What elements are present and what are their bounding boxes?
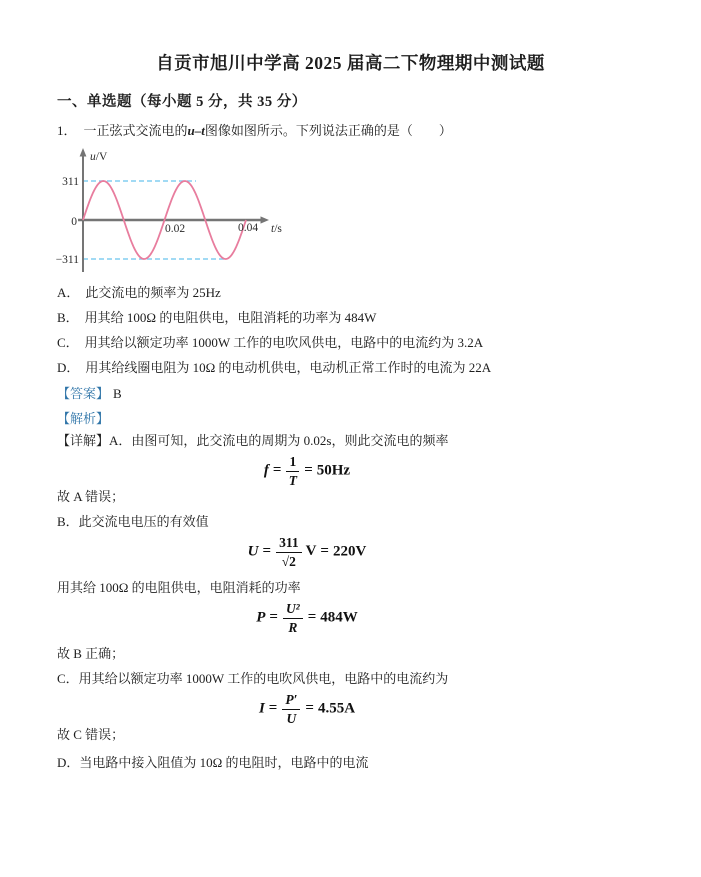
- detail-step-a: 【详解】A．由图可知，此交流电的周期为 0.02s，则此交流电的频率: [57, 433, 644, 449]
- option-d-label: D．: [57, 360, 79, 375]
- question-text-before: 一正弦式交流电的: [84, 123, 188, 138]
- formula-power: P=U²R=484W: [57, 602, 557, 634]
- exam-document-page: 自贡市旭川中学高 2025 届高二下物理期中测试题 一、单选题（每小题 5 分，…: [0, 0, 701, 877]
- formula-rms-voltage: U=311√2V=220V: [57, 536, 557, 568]
- detail-step-c: C．用其给以额定功率 1000W 工作的电吹风供电，电路中的电流约为: [57, 671, 644, 687]
- analysis-tag: 【解析】: [57, 411, 109, 426]
- x-tick-0-02: 0.02: [165, 223, 185, 235]
- option-list: A．此交流电的频率为 25Hz B．用其给 100Ω 的电阻供电，电阻消耗的功率…: [57, 285, 644, 376]
- option-d-text: 用其给线圈电阻为 10Ω 的电动机供电，电动机正常工作时的电流为 22A: [85, 360, 491, 375]
- option-a-text: 此交流电的频率为 25Hz: [85, 285, 220, 300]
- answer-value: B: [113, 386, 122, 401]
- voltage-time-graph: u/V 311 0 0.02 0.04 t/s −311: [53, 147, 353, 277]
- option-b: B．用其给 100Ω 的电阻供电，电阻消耗的功率为 484W: [57, 310, 644, 326]
- detail-step-a-text: A．由图可知，此交流电的周期为 0.02s，则此交流电的频率: [109, 433, 448, 448]
- option-a: A．此交流电的频率为 25Hz: [57, 285, 644, 301]
- detail-tag: 【详解】: [57, 433, 109, 448]
- option-a-label: A．: [57, 285, 79, 300]
- option-c-label: C．: [57, 335, 79, 350]
- question-1-stem: 1．一正弦式交流电的u–t图像如图所示。下列说法正确的是（ ）: [57, 123, 644, 139]
- document-title: 自贡市旭川中学高 2025 届高二下物理期中测试题: [57, 0, 644, 75]
- x-axis-arrow-icon: [261, 216, 270, 223]
- verdict-c: 故 C 错误；: [57, 727, 644, 743]
- y-min-tick-label: −311: [56, 254, 80, 266]
- x-axis-label: t/s: [271, 223, 282, 235]
- detail-step-b-title: B．此交流电电压的有效值: [57, 514, 644, 530]
- formula-current: I=P′U=4.55A: [57, 693, 557, 725]
- option-c: C．用其给以额定功率 1000W 工作的电吹风供电，电路中的电流约为 3.2A: [57, 335, 644, 351]
- option-d: D．用其给线圈电阻为 10Ω 的电动机供电，电动机正常工作时的电流为 22A: [57, 360, 644, 376]
- question-text-after: 图像如图所示。下列说法正确的是（ ）: [205, 123, 452, 138]
- y-axis-arrow-icon: [80, 148, 87, 157]
- detail-step-d: D．当电路中接入阻值为 10Ω 的电阻时，电路中的电流: [57, 755, 644, 771]
- detail-step-b2: 用其给 100Ω 的电阻供电，电阻消耗的功率: [57, 580, 644, 596]
- option-b-label: B．: [57, 310, 79, 325]
- option-c-text: 用其给以额定功率 1000W 工作的电吹风供电，电路中的电流约为 3.2A: [85, 335, 483, 350]
- analysis-line: 【解析】: [57, 411, 644, 427]
- verdict-b: 故 B 正确；: [57, 646, 644, 662]
- question-number: 1．: [57, 123, 77, 138]
- u-t-symbol: u–t: [188, 123, 205, 138]
- option-b-text: 用其给 100Ω 的电阻供电，电阻消耗的功率为 484W: [85, 310, 377, 325]
- x-tick-0-04: 0.04: [238, 222, 258, 234]
- document-content: 自贡市旭川中学高 2025 届高二下物理期中测试题 一、单选题（每小题 5 分，…: [0, 0, 701, 771]
- formula-frequency: f=1T=50Hz: [57, 455, 557, 487]
- verdict-a: 故 A 错误；: [57, 489, 644, 505]
- y-max-tick-label: 311: [62, 176, 79, 188]
- answer-line: 【答案】B: [57, 386, 644, 402]
- origin-tick-label: 0: [71, 216, 77, 228]
- y-axis-label: u/V: [90, 151, 108, 163]
- answer-tag: 【答案】: [57, 386, 109, 401]
- section-heading: 一、单选题（每小题 5 分，共 35 分）: [57, 90, 644, 111]
